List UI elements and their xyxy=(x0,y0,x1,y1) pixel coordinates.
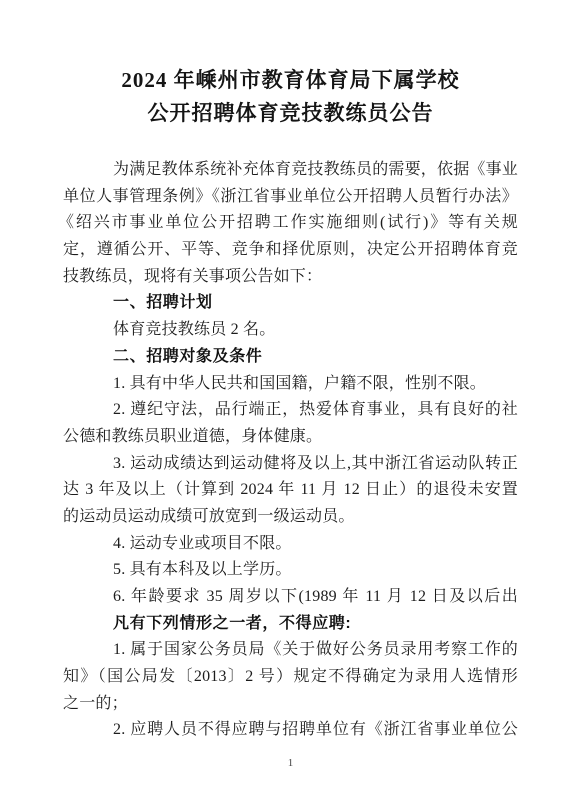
disqualification-item-line: 知》（国公局发〔2013〕2 号）规定不得确定为录用人选情形 xyxy=(63,664,518,691)
condition-item-line: 6. 年龄要求 35 周岁以下(1989 年 11 月 12 日及以后出生)。 xyxy=(63,584,518,611)
disqualification-item-line: 1. 属于国家公务员局《关于做好公务员录用考察工作的通 xyxy=(63,637,518,664)
disqualification-item-line: 2. 应聘人员不得应聘与招聘单位有《浙江省事业单位公开 xyxy=(63,717,518,744)
paragraph-line: 为满足教体系统补充体育竞技教练员的需要，依据《事业 xyxy=(63,157,518,184)
condition-item-line: 的运动员运动成绩可放宽到一级运动员。 xyxy=(63,504,518,531)
paragraph-line: 单位人事管理条例》《浙江省事业单位公开招聘人员暂行办法》 xyxy=(63,184,518,211)
disqualification-item-line: 之一的； xyxy=(63,691,518,718)
document-body: 为满足教体系统补充体育竞技教练员的需要，依据《事业 单位人事管理条例》《浙江省事… xyxy=(63,157,518,744)
section-heading-recruitment-plan: 一、招聘计划 xyxy=(63,290,518,317)
paragraph-line: 《绍兴市事业单位公开招聘工作实施细则(试行)》等有关规 xyxy=(63,210,518,237)
condition-item-line: 公德和教练员职业道德，身体健康。 xyxy=(63,424,518,451)
section-heading-targets-conditions: 二、招聘对象及条件 xyxy=(63,344,518,371)
condition-item-line: 3. 运动成绩达到运动健将及以上,其中浙江省运动队转正 xyxy=(63,451,518,478)
condition-item-line: 1. 具有中华人民共和国国籍，户籍不限，性别不限。 xyxy=(63,371,518,398)
title-line-2: 公开招聘体育竞技教练员公告 xyxy=(0,97,581,130)
condition-item-line: 达 3 年及以上（计算到 2024 年 11 月 12 日止）的退役未安置 xyxy=(63,477,518,504)
condition-item-line: 5. 具有本科及以上学历。 xyxy=(63,557,518,584)
paragraph-line: 定，遵循公开、平等、竞争和择优原则，决定公开招聘体育竞 xyxy=(63,237,518,264)
condition-item-line: 4. 运动专业或项目不限。 xyxy=(63,531,518,558)
title-line-1: 2024 年嵊州市教育体育局下属学校 xyxy=(0,64,581,97)
page-number: 1 xyxy=(0,757,581,769)
condition-item-line: 2. 遵纪守法，品行端正，热爱体育事业，具有良好的社会 xyxy=(63,397,518,424)
subsection-heading-disqualifications: 凡有下列情形之一者，不得应聘: xyxy=(63,611,518,638)
document-page: 2024 年嵊州市教育体育局下属学校 公开招聘体育竞技教练员公告 为满足教体系统… xyxy=(0,0,581,811)
document-title: 2024 年嵊州市教育体育局下属学校 公开招聘体育竞技教练员公告 xyxy=(0,0,581,130)
paragraph-line: 技教练员，现将有关事项公告如下： xyxy=(63,264,518,291)
paragraph-line: 体育竞技教练员 2 名。 xyxy=(63,317,518,344)
